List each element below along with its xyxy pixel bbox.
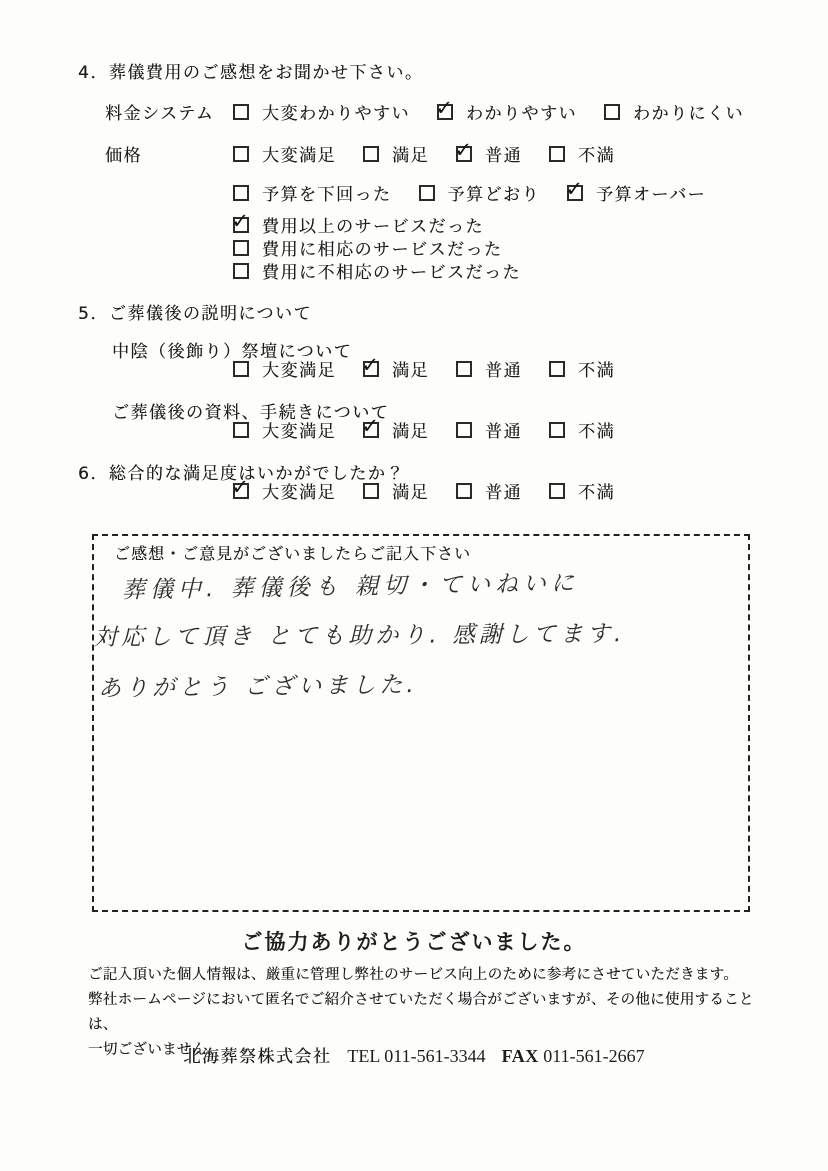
- footer: 北海葬祭株式会社 TEL 011-561-3344 FAX 011-561-26…: [0, 1042, 828, 1067]
- fee-system-label: 料金システム: [105, 99, 233, 124]
- checkbox[interactable]: [549, 361, 565, 377]
- checkbox[interactable]: ✓: [567, 185, 583, 201]
- option: 普通: [456, 478, 522, 503]
- option: 普通: [456, 417, 522, 442]
- checkbox[interactable]: ✓: [363, 422, 379, 438]
- checkbox[interactable]: [363, 483, 379, 499]
- option: 大変わかりやすい: [233, 99, 410, 124]
- closing-message: ご協力ありがとうございました。: [0, 926, 828, 956]
- option-label: 費用以上のサービスだった: [262, 212, 484, 237]
- checkbox[interactable]: [233, 104, 249, 120]
- budget-row: 予算を下回った 予算どおり ✓ 予算オーバー: [233, 180, 706, 205]
- privacy-note-line-2: 弊社ホームページにおいて匿名でご紹介させていただく場合がございますが、その他に使…: [88, 988, 758, 1038]
- option: 費用に不相応のサービスだった: [233, 259, 521, 282]
- fee-system-row: 料金システム 大変わかりやすい ✓ わかりやすい わかりにくい: [105, 99, 744, 124]
- altar-row: 大変満足 ✓ 満足 普通 不満: [233, 356, 615, 381]
- checkbox[interactable]: [233, 185, 249, 201]
- option-label: 大変満足: [262, 356, 336, 381]
- option: 費用に相応のサービスだった: [233, 236, 521, 259]
- option-label: 不満: [578, 356, 615, 381]
- option: 不満: [549, 478, 615, 503]
- option-label: 不満: [578, 478, 615, 503]
- company-name: 北海葬祭株式会社: [183, 1042, 331, 1067]
- option: 不満: [549, 356, 615, 381]
- option: ✓ 満足: [363, 356, 429, 381]
- price-row: 価格 大変満足 満足 ✓ 普通 不満: [105, 141, 615, 166]
- privacy-note-line-1: ご記入頂いた個人情報は、厳重に管理し弊社のサービス向上のために参考にさせていただ…: [88, 963, 758, 988]
- option-label: 普通: [485, 478, 522, 503]
- service-value-stack: ✓ 費用以上のサービスだった 費用に相応のサービスだった 費用に不相応のサービス…: [233, 213, 521, 282]
- price-label: 価格: [105, 141, 233, 166]
- tel-contact: TEL 011-561-3344: [347, 1046, 485, 1067]
- checkbox[interactable]: ✓: [233, 483, 249, 499]
- option: ✓ 普通: [456, 141, 522, 166]
- checkbox[interactable]: ✓: [233, 217, 249, 233]
- checkbox[interactable]: ✓: [363, 361, 379, 377]
- option: 大変満足: [233, 356, 336, 381]
- checkbox[interactable]: [549, 483, 565, 499]
- option-label: 大変満足: [262, 141, 336, 166]
- checkbox[interactable]: [456, 422, 472, 438]
- option: わかりにくい: [604, 99, 744, 124]
- option-label: 予算を下回った: [262, 180, 392, 205]
- checkbox[interactable]: [604, 104, 620, 120]
- checkbox[interactable]: [233, 361, 249, 377]
- checkbox[interactable]: [233, 240, 249, 256]
- option: ✓ 費用以上のサービスだった: [233, 213, 521, 236]
- option-label: 普通: [485, 356, 522, 381]
- option-label: わかりにくい: [633, 99, 744, 124]
- option: ✓ 満足: [363, 417, 429, 442]
- checkbox[interactable]: [233, 263, 249, 279]
- overall-row: ✓ 大変満足 満足 普通 不満: [233, 478, 615, 503]
- comment-box-label: ご感想・ご意見がございましたらご記入下さい: [114, 541, 471, 564]
- option-label: 満足: [392, 356, 429, 381]
- option: 普通: [456, 356, 522, 381]
- checkbox[interactable]: [233, 422, 249, 438]
- option: 満足: [363, 478, 429, 503]
- option-label: わかりやすい: [466, 99, 577, 124]
- checkbox[interactable]: [456, 483, 472, 499]
- option-label: 費用に相応のサービスだった: [262, 235, 503, 260]
- option-label: 大変わかりやすい: [262, 99, 410, 124]
- checkbox[interactable]: [419, 185, 435, 201]
- option-label: 満足: [392, 417, 429, 442]
- option-label: 満足: [392, 141, 429, 166]
- option-label: 予算オーバー: [596, 180, 706, 205]
- handwritten-comment-line-3: ありがとう ございました.: [98, 666, 418, 703]
- option: ✓ わかりやすい: [437, 99, 577, 124]
- question-4-heading: 4．葬儀費用のご感想をお聞かせ下さい。: [78, 58, 423, 83]
- checkbox[interactable]: [233, 146, 249, 162]
- documents-row: 大変満足 ✓ 満足 普通 不満: [233, 417, 615, 442]
- option-label: 不満: [578, 417, 615, 442]
- option: 満足: [363, 141, 429, 166]
- option: ✓ 予算オーバー: [567, 180, 706, 205]
- option-label: 大変満足: [262, 478, 336, 503]
- fax-label: FAX: [502, 1046, 539, 1066]
- option: 予算どおり: [419, 180, 541, 205]
- checkbox[interactable]: [549, 422, 565, 438]
- option: 大変満足: [233, 417, 336, 442]
- question-5-heading: 5．ご葬儀後の説明について: [78, 299, 312, 324]
- option-label: 普通: [485, 417, 522, 442]
- option-label: 予算どおり: [448, 180, 541, 205]
- handwritten-comment-line-2: 対応して頂き とても助かり. 感謝してます.: [94, 615, 625, 652]
- checkbox[interactable]: [549, 146, 565, 162]
- tel-number: 011-561-3344: [384, 1046, 485, 1066]
- fax-number: 011-561-2667: [543, 1046, 644, 1066]
- option: 大変満足: [233, 141, 336, 166]
- checkbox[interactable]: ✓: [437, 104, 453, 120]
- option-label: 普通: [485, 141, 522, 166]
- fax-contact: FAX 011-561-2667: [502, 1046, 645, 1067]
- tel-label: TEL: [347, 1046, 379, 1066]
- checkbox[interactable]: [363, 146, 379, 162]
- checkbox[interactable]: [456, 361, 472, 377]
- option-label: 大変満足: [262, 417, 336, 442]
- option-label: 満足: [392, 478, 429, 503]
- option: 不満: [549, 417, 615, 442]
- checkbox[interactable]: ✓: [456, 146, 472, 162]
- option-label: 費用に不相応のサービスだった: [262, 258, 521, 283]
- option: 予算を下回った: [233, 180, 392, 205]
- option-label: 不満: [578, 141, 615, 166]
- option: 不満: [549, 141, 615, 166]
- option: ✓ 大変満足: [233, 478, 336, 503]
- survey-form-page: 4．葬儀費用のご感想をお聞かせ下さい。 料金システム 大変わかりやすい ✓ わか…: [0, 0, 828, 1171]
